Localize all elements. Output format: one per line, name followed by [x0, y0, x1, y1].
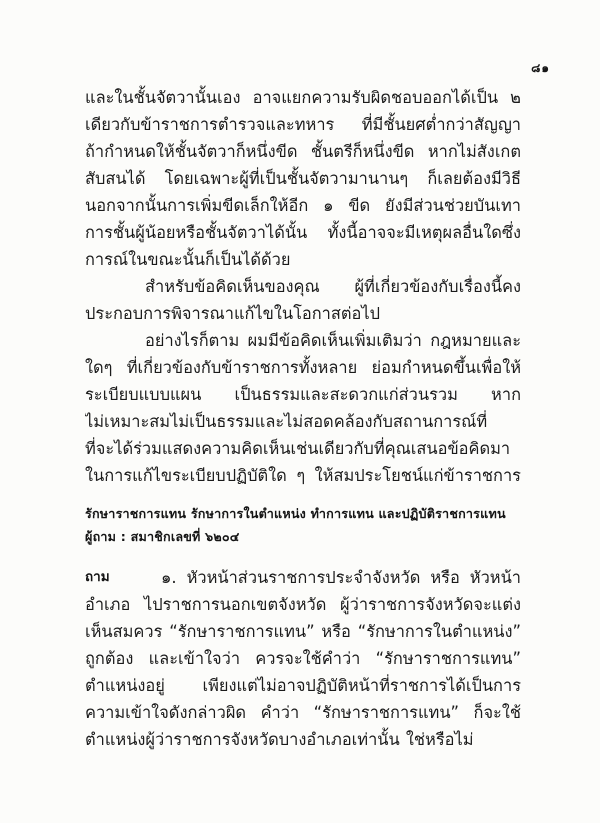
paragraph-3: อย่างไรก็ตาม ผมมีข้อคิดเห็นเพิ่มเติมว่า … [85, 327, 521, 489]
question-line: ความเข้าใจดังกล่าวผิด คำว่า “รักษาราชการ… [85, 699, 521, 726]
body-line: และในชั้นจัตวานั้นเอง อาจแยกความรับผิดชอ… [85, 84, 521, 111]
body-line: สำหรับข้อคิดเห็นของคุณ ผู้ที่เกี่ยวข้องก… [85, 273, 521, 300]
body-line: สับสนได้ โดยเฉพาะผู้ที่เป็นชั้นจัตวามานา… [85, 165, 521, 192]
body-line: ไม่เหมาะสมไม่เป็นธรรมและไม่สอดคล้องกับสถ… [85, 408, 521, 435]
body-line: ระเบียบแบบแผน เป็นธรรมและสะดวกแก่ส่วนรวม… [85, 381, 521, 408]
body-line: ประกอบการพิจารณาแก้ไขในโอกาสต่อไป [85, 300, 521, 327]
page-number: ๘๑ [531, 59, 550, 78]
qa-heading-block: รักษาราชการแทน รักษาการในตำแหน่ง ทำการแท… [85, 502, 521, 548]
body-line: ในการแก้ไขระเบียบปฏิบัติใด ๆ ให้สมประโยช… [85, 462, 521, 489]
qa-title: รักษาราชการแทน รักษาการในตำแหน่ง ทำการแท… [85, 502, 521, 525]
question-line: ตำแหน่งผู้ว่าราชการจังหวัดบางอำเภอเท่านั… [85, 726, 521, 753]
document-page: ๘๑ และในชั้นจัตวานั้นเอง อาจแยกความรับผิ… [0, 0, 600, 823]
question-label: ถาม [85, 564, 161, 591]
body-line: ใดๆ ที่เกี่ยวข้องกับข้าราชการทั้งหลาย ย่… [85, 354, 521, 381]
page-content: และในชั้นจัตวานั้นเอง อาจแยกความรับผิดชอ… [85, 84, 521, 753]
paragraph-2: สำหรับข้อคิดเห็นของคุณ ผู้ที่เกี่ยวข้องก… [85, 273, 521, 327]
body-line: ที่จะได้ร่วมแสดงความคิดเห็นเช่นเดียวกับท… [85, 435, 521, 462]
question-line: ๑. หัวหน้าส่วนราชการประจำจังหวัด หรือ หั… [161, 564, 521, 591]
question-line: ถูกต้อง และเข้าใจว่า ควรจะใช้คำว่า “รักษ… [85, 645, 521, 672]
body-line: การณ์ในขณะนั้นก็เป็นได้ด้วย [85, 246, 521, 273]
question-line: ตำแหน่งอยู่ เพียงแต่ไม่อาจปฏิบัติหน้าที่… [85, 672, 521, 699]
paragraph-1: และในชั้นจัตวานั้นเอง อาจแยกความรับผิดชอ… [85, 84, 521, 273]
question-first-line: ถาม ๑. หัวหน้าส่วนราชการประจำจังหวัด หรื… [85, 564, 521, 591]
body-line: เดียวกับข้าราชการตำรวจและทหาร ที่มีชั้นย… [85, 111, 521, 138]
qa-asker: ผู้ถาม : สมาชิกเลขที่ ๖๒๐๔ [85, 525, 521, 548]
question-line: อำเภอ ไปราชการนอกเขตจังหวัด ผู้ว่าราชการ… [85, 591, 521, 618]
body-line: นอกจากนั้นการเพิ่มขีดเล็กให้อีก ๑ ขีด ยั… [85, 192, 521, 219]
question-line: เห็นสมควร “รักษาราชการแทน” หรือ “รักษากา… [85, 618, 521, 645]
body-line: อย่างไรก็ตาม ผมมีข้อคิดเห็นเพิ่มเติมว่า … [85, 327, 521, 354]
question-block: ถาม ๑. หัวหน้าส่วนราชการประจำจังหวัด หรื… [85, 564, 521, 753]
body-line: การชั้นผู้น้อยหรือชั้นจัตวาได้นั้น ทั้งน… [85, 219, 521, 246]
body-line: ถ้ากำหนดให้ชั้นจัตวาก็หนึ่งขีด ชั้นตรีก็… [85, 138, 521, 165]
